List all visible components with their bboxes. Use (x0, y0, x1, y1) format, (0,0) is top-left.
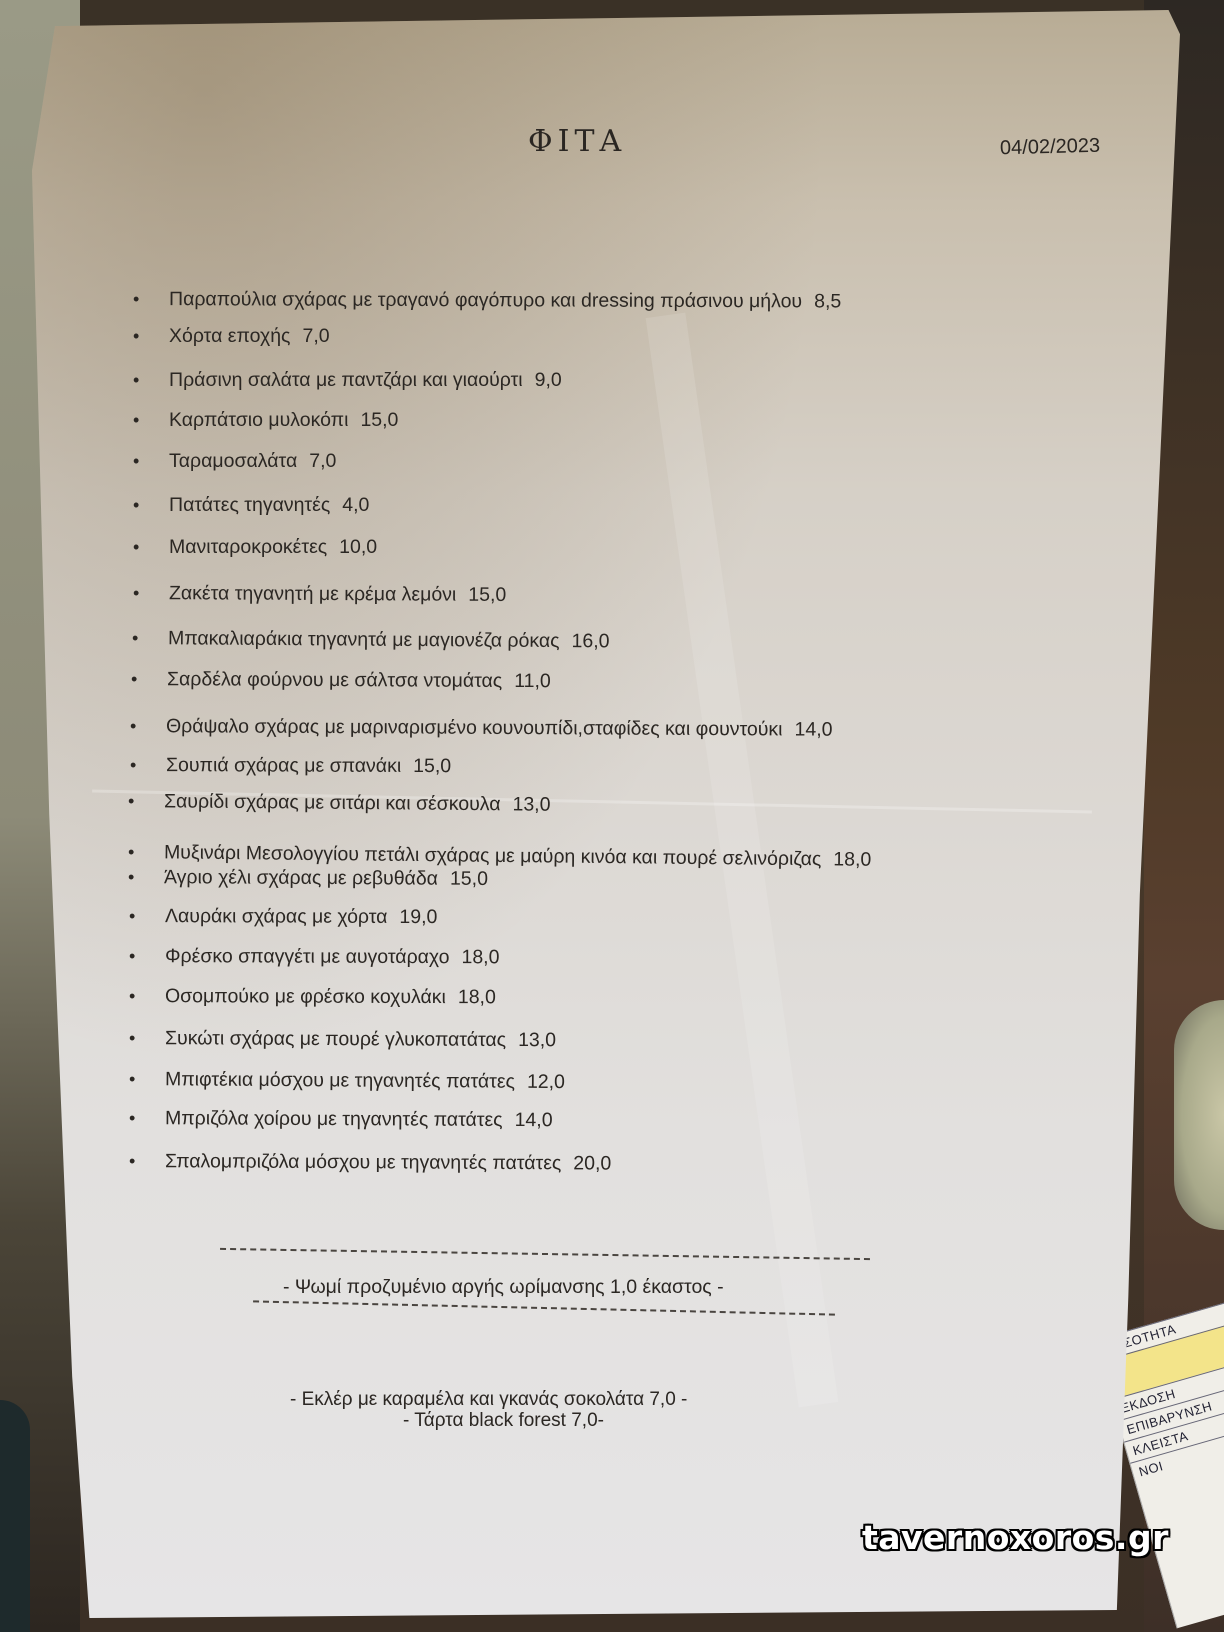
menu-item-price: 7,0 (309, 450, 336, 472)
menu-item-price: 13,0 (518, 1029, 556, 1051)
menu-item-name: Σουπιά σχάρας με σπανάκι (166, 754, 401, 777)
menu-item-price: 18,0 (833, 848, 871, 870)
bullet-icon: • (130, 716, 166, 737)
menu-item: •Καρπάτσιο μυλοκόπι15,0 (133, 409, 398, 432)
menu-items-list: •Παραπούλια σχάρας με τραγανό φαγόπυρο κ… (0, 0, 1224, 1632)
menu-item-name: Πατάτες τηγανητές (169, 494, 330, 516)
menu-item: •Πατάτες τηγανητές4,0 (133, 494, 369, 517)
bullet-icon: • (128, 867, 164, 888)
menu-item-price: 15,0 (450, 868, 488, 890)
bullet-icon: • (129, 906, 165, 927)
menu-item-price: 11,0 (514, 670, 551, 692)
menu-item-price: 10,0 (339, 536, 377, 558)
menu-item-price: 4,0 (342, 494, 369, 516)
menu-item: •Σπαλομπριζόλα μόσχου με τηγανητές πατάτ… (129, 1150, 611, 1176)
bullet-icon: • (128, 791, 164, 812)
menu-item-name: Συκώτι σχάρας με πουρέ γλυκοπατάτας (165, 1027, 506, 1051)
menu-item-price: 18,0 (458, 986, 496, 1008)
bullet-icon: • (129, 1151, 165, 1172)
bullet-icon: • (133, 410, 169, 431)
menu-item: •Άγριο χέλι σχάρας με ρεβυθάδα15,0 (128, 866, 488, 891)
dessert-item: - Εκλέρ με καραμέλα και γκανάς σοκολάτα … (290, 1389, 687, 1411)
menu-item: •Οσομπούκο με φρέσκο κοχυλάκι18,0 (129, 985, 496, 1009)
bullet-icon: • (128, 842, 164, 863)
menu-item-price: 13,0 (512, 793, 550, 815)
menu-item: •Παραπούλια σχάρας με τραγανό φαγόπυρο κ… (133, 288, 841, 313)
bullet-icon: • (129, 1108, 165, 1129)
menu-item-name: Μανιταροκροκέτες (169, 536, 327, 558)
menu-item-name: Φρέσκο σπαγγέτι με αυγοτάραχο (165, 945, 450, 968)
menu-item: •Μανιταροκροκέτες10,0 (133, 536, 377, 559)
menu-item-name: Καρπάτσιο μυλοκόπι (169, 409, 348, 431)
menu-item: •Σαρδέλα φούρνου με σάλτσα ντομάτας11,0 (131, 668, 551, 693)
menu-item-name: Πράσινη σαλάτα με παντζάρι και γιαούρτι (169, 369, 523, 391)
menu-item-name: Σπαλομπριζόλα μόσχου με τηγανητές πατάτε… (165, 1150, 561, 1174)
bullet-icon: • (129, 946, 165, 967)
menu-item-name: Παραπούλια σχάρας με τραγανό φαγόπυρο κα… (169, 288, 802, 312)
bullet-icon: • (133, 451, 169, 472)
menu-item-price: 19,0 (399, 906, 437, 928)
menu-item-name: Ζακέτα τηγανητή με κρέμα λεμόνι (169, 582, 456, 606)
menu-item-name: Λαυράκι σχάρας με χόρτα (165, 905, 388, 928)
bullet-icon: • (129, 1028, 165, 1049)
menu-item: •Συκώτι σχάρας με πουρέ γλυκοπατάτας13,0 (129, 1027, 556, 1052)
menu-item-name: Οσομπούκο με φρέσκο κοχυλάκι (165, 985, 446, 1008)
menu-item-price: 18,0 (461, 946, 499, 968)
bullet-icon: • (130, 755, 166, 776)
menu-item: •Σαυρίδι σχάρας με σιτάρι και σέσκουλα13… (128, 790, 551, 817)
menu-item: •Λαυράκι σχάρας με χόρτα19,0 (129, 905, 437, 929)
menu-item: •Μπριζόλα χοίρου με τηγανητές πατάτες14,… (129, 1107, 553, 1132)
menu-item-price: 20,0 (573, 1152, 611, 1174)
menu-item-name: Σαρδέλα φούρνου με σάλτσα ντομάτας (167, 668, 502, 692)
menu-item-price: 12,0 (527, 1071, 565, 1093)
watermark: tavernoxoros.gr (862, 1518, 1169, 1557)
menu-item-price: 14,0 (515, 1109, 553, 1131)
bullet-icon: • (132, 628, 168, 649)
bullet-icon: • (129, 1069, 165, 1090)
menu-item-price: 7,0 (302, 325, 329, 347)
menu-item: •Σουπιά σχάρας με σπανάκι15,0 (130, 754, 451, 778)
bullet-icon: • (133, 583, 169, 604)
menu-item-name: Σαυρίδι σχάρας με σιτάρι και σέσκουλα (164, 790, 501, 815)
menu-item-price: 9,0 (535, 369, 562, 391)
bullet-icon: • (133, 289, 169, 310)
menu-item-name: Μπακαλιαράκια τηγανητά με μαγιονέζα ρόκα… (168, 627, 560, 652)
bullet-icon: • (131, 669, 167, 690)
menu-item-name: Άγριο χέλι σχάρας με ρεβυθάδα (164, 866, 438, 889)
bullet-icon: • (133, 495, 169, 516)
bullet-icon: • (133, 326, 169, 347)
menu-item: •Ταραμοσαλάτα7,0 (133, 450, 336, 473)
menu-item-name: Θράψαλο σχάρας με μαριναρισμένο κουνουπί… (166, 715, 783, 740)
menu-item-price: 14,0 (794, 718, 832, 740)
menu-item: •Μπιφτέκια μόσχου με τηγανητές πατάτες12… (129, 1068, 565, 1094)
menu-item: •Χόρτα εποχής7,0 (133, 325, 330, 348)
menu-item-price: 15,0 (360, 409, 398, 431)
menu-item-price: 15,0 (468, 584, 506, 606)
menu-item-name: Χόρτα εποχής (169, 325, 290, 347)
dessert-item: - Τάρτα black forest 7,0- (403, 1410, 604, 1432)
menu-item-price: 8,5 (814, 290, 841, 312)
menu-item-price: 16,0 (572, 630, 610, 652)
menu-item: •Θράψαλο σχάρας με μαριναρισμένο κουνουπ… (130, 715, 833, 742)
menu-item: •Φρέσκο σπαγγέτι με αυγοτάραχο18,0 (129, 945, 500, 969)
menu-item-name: Μπιφτέκια μόσχου με τηγανητές πατάτες (165, 1068, 515, 1092)
menu-item-name: Μπριζόλα χοίρου με τηγανητές πατάτες (165, 1107, 503, 1131)
menu-item-name: Ταραμοσαλάτα (169, 450, 297, 472)
menu-item-price: 15,0 (413, 755, 451, 777)
bullet-icon: • (129, 986, 165, 1007)
bread-line: - Ψωμί προζυμένιο αργής ωρίμανσης 1,0 έκ… (283, 1276, 724, 1299)
menu-item: •Μπακαλιαράκια τηγανητά με μαγιονέζα ρόκ… (132, 627, 610, 653)
bullet-icon: • (133, 537, 169, 558)
bullet-icon: • (133, 370, 169, 391)
menu-item: •Ζακέτα τηγανητή με κρέμα λεμόνι15,0 (133, 582, 506, 607)
menu-item: •Πράσινη σαλάτα με παντζάρι και γιαούρτι… (133, 369, 562, 392)
